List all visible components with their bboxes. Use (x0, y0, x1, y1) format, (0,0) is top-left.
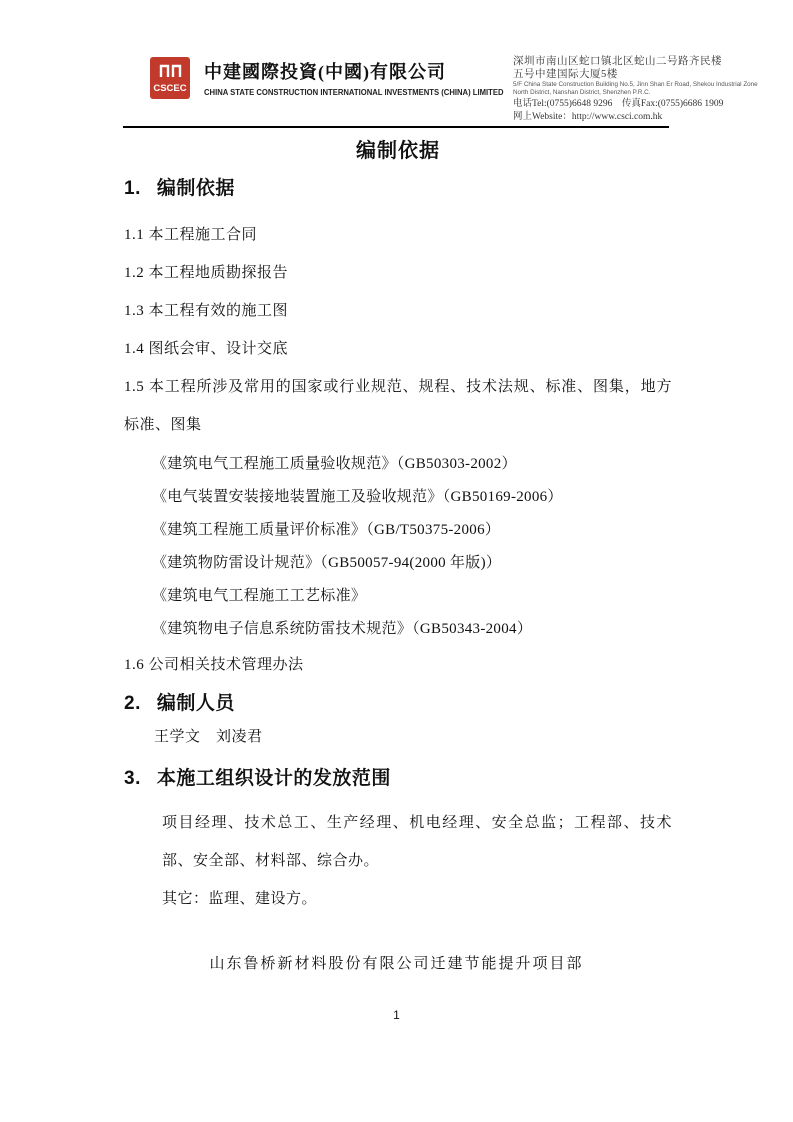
item-1-6: 1.6 公司相关技术管理办法 (124, 646, 672, 684)
section1-heading: 1.编制依据 (124, 173, 672, 200)
item-1-3: 1.3 本工程有效的施工图 (124, 292, 672, 330)
item-1-5: 1.5 本工程所涉及常用的国家或行业规范、规程、技术法规、标准、图集，地方标准、… (124, 368, 672, 444)
distribution-paragraph: 项目经理、技术总工、生产经理、机电经理、安全总监；工程部、技术部、安全部、材料部… (124, 804, 672, 880)
section3-label: 本施工组织设计的发放范围 (157, 768, 391, 789)
standard-item: 《建筑物电子信息系统防雷技术规范》（GB50343-2004） (152, 613, 672, 646)
document-content: 编制依据 1.编制依据 1.1 本工程施工合同 1.2 本工程地质勘探报告 1.… (124, 134, 672, 918)
section3-number: 3. (124, 768, 141, 790)
letterhead-divider (123, 126, 669, 128)
company-name-cn: 中建國際投資(中國)有限公司 (204, 58, 516, 84)
compiler-names: 王学文 刘凌君 (124, 717, 672, 757)
others-paragraph: 其它：监理、建设方。 (124, 880, 672, 918)
standard-item: 《建筑电气工程施工工艺标准》 (152, 580, 672, 613)
address-en-line2: North District, Nanshan District, Shenzh… (513, 89, 748, 97)
address-en-line1: 5/F China State Construction Building No… (513, 81, 748, 89)
section2-heading: 2.编制人员 (124, 688, 672, 715)
address-cn-line1: 深圳市南山区蛇口镇北区蛇山二号路齐民楼 (513, 55, 748, 68)
section2-number: 2. (124, 693, 141, 715)
item-1-1: 1.1 本工程施工合同 (124, 216, 672, 254)
section3-heading: 3.本施工组织设计的发放范围 (124, 763, 672, 790)
footer-project-line: 山东鲁桥新材料股份有限公司迁建节能提升项目部 (0, 952, 793, 973)
standards-list: 《建筑电气工程施工质量验收规范》（GB50303-2002） 《电气装置安装接地… (124, 448, 672, 646)
company-name-en: CHINA STATE CONSTRUCTION INTERNATIONAL I… (204, 88, 504, 97)
standard-item: 《建筑物防雷设计规范》（GB50057-94(2000 年版)） (152, 547, 672, 580)
section1-number: 1. (124, 178, 141, 200)
page-number: 1 (0, 1008, 793, 1022)
tel-fax-line: 电话Tel:(0755)6648 9296 传真Fax:(0755)6686 1… (513, 99, 748, 111)
logo-text: CSCEC (153, 83, 186, 94)
letterhead: CSCEC 中建國際投資(中國)有限公司 CHINA STATE CONSTRU… (150, 55, 743, 125)
cscec-logo-icon: CSCEC (150, 57, 190, 99)
standard-item: 《建筑工程施工质量评价标准》（GB/T50375-2006） (152, 514, 672, 547)
section2-label: 编制人员 (157, 693, 235, 714)
standard-item: 《建筑电气工程施工质量验收规范》（GB50303-2002） (152, 448, 672, 481)
address-cn-line2: 五号中建国际大厦5楼 (513, 68, 748, 81)
website-line: 网上Website：http://www.csci.com.hk (513, 112, 748, 124)
item-1-4: 1.4 图纸会审、设计交底 (124, 330, 672, 368)
company-address-block: 深圳市南山区蛇口镇北区蛇山二号路齐民楼 五号中建国际大厦5楼 5/F China… (513, 55, 748, 124)
standard-item: 《电气装置安装接地装置施工及验收规范》（GB50169-2006） (152, 481, 672, 514)
item-1-2: 1.2 本工程地质勘探报告 (124, 254, 672, 292)
page-title: 编制依据 (124, 134, 672, 163)
company-brand: CSCEC 中建國際投資(中國)有限公司 CHINA STATE CONSTRU… (150, 57, 516, 99)
section1-label: 编制依据 (157, 178, 235, 199)
document-page: CSCEC 中建國際投資(中國)有限公司 CHINA STATE CONSTRU… (0, 0, 793, 1122)
company-names: 中建國際投資(中國)有限公司 CHINA STATE CONSTRUCTION … (204, 57, 516, 97)
